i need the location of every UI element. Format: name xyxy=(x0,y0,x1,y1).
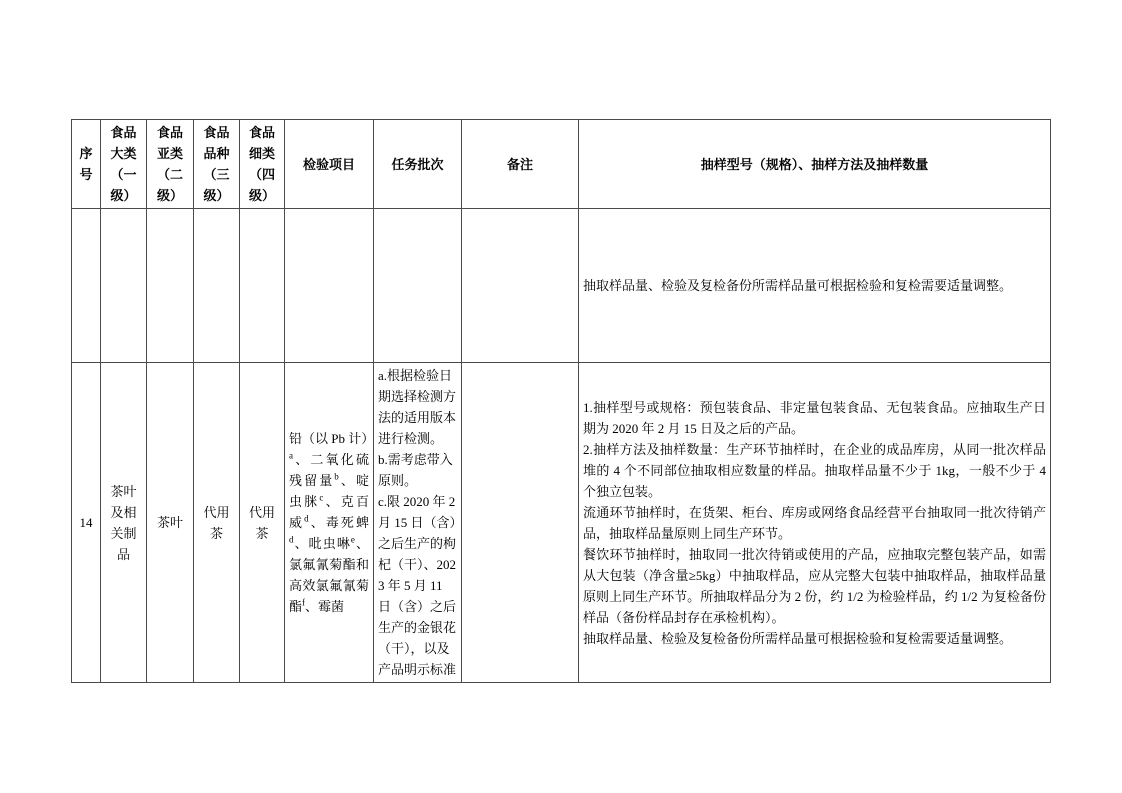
col-header-category-l1: 食品 大类 （一 级） xyxy=(101,120,147,209)
col-header-sampling-method: 抽样型号（规格）、抽样方法及抽样数量 xyxy=(579,120,1051,209)
cell-seq xyxy=(72,209,101,363)
col-header-inspection-items: 检验项目 xyxy=(285,120,374,209)
col-header-category-l4: 食品 细类 （四 级） xyxy=(240,120,285,209)
cell-category-l3 xyxy=(194,209,240,363)
cell-remarks xyxy=(462,209,579,363)
cell-task-batch xyxy=(374,209,462,363)
table-row-continuation: 抽取样品量、检验及复检备份所需样品量可根据检验和复检需要适量调整。 xyxy=(72,209,1051,363)
cell-category-l1 xyxy=(101,209,147,363)
cell-inspection-items: 铅（以 Pb 计）a、二氧化硫残留量b、啶虫脒c、克百威d、毒死蜱d、吡虫啉e、… xyxy=(285,363,374,683)
cell-category-l4 xyxy=(240,209,285,363)
cell-inspection-items xyxy=(285,209,374,363)
cell-category-l3: 代用 茶 xyxy=(194,363,240,683)
col-header-seq: 序 号 xyxy=(72,120,101,209)
cell-seq: 14 xyxy=(72,363,101,683)
col-header-category-l2: 食品 亚类 （二 级） xyxy=(147,120,194,209)
cell-task-batch: a.根据检验日期选择检测方法的适用版本进行检测。b.需考虑带入原则。c.限 20… xyxy=(374,363,462,683)
cell-category-l2: 茶叶 xyxy=(147,363,194,683)
cell-remarks xyxy=(462,363,579,683)
cell-category-l1: 茶叶 及相 关制 品 xyxy=(101,363,147,683)
cell-category-l2 xyxy=(147,209,194,363)
col-header-remarks: 备注 xyxy=(462,120,579,209)
cell-sampling-method: 抽取样品量、检验及复检备份所需样品量可根据检验和复检需要适量调整。 xyxy=(579,209,1051,363)
cell-sampling-method: 1.抽样型号或规格：预包装食品、非定量包装食品、无包装食品。应抽取生产日期为 2… xyxy=(579,363,1051,683)
document-page: 序 号 食品 大类 （一 级） 食品 亚类 （二 级） 食品 品种 （三 级） … xyxy=(0,0,1122,793)
table-header-row: 序 号 食品 大类 （一 级） 食品 亚类 （二 级） 食品 品种 （三 级） … xyxy=(72,120,1051,209)
col-header-category-l3: 食品 品种 （三 级） xyxy=(194,120,240,209)
cell-category-l4: 代用 茶 xyxy=(240,363,285,683)
table-row-14: 14 茶叶 及相 关制 品 茶叶 代用 茶 代用 茶 铅（以 Pb 计）a、二氧… xyxy=(72,363,1051,683)
sampling-plan-table: 序 号 食品 大类 （一 级） 食品 亚类 （二 级） 食品 品种 （三 级） … xyxy=(71,119,1051,683)
col-header-task-batch: 任务批次 xyxy=(374,120,462,209)
